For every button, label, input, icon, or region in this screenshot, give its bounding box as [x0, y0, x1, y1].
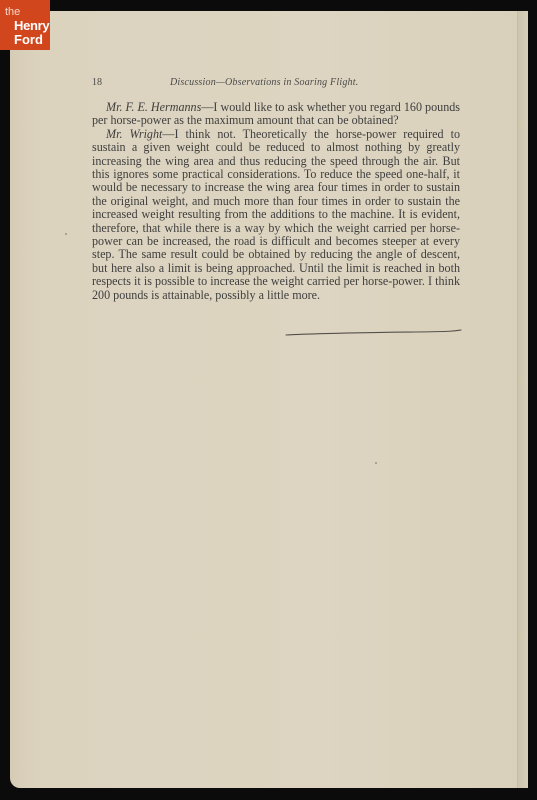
- paragraph-text: —I think not. Theoretically the horse-po…: [92, 127, 460, 288]
- speaker-name: Mr. Wright: [106, 127, 162, 141]
- running-head-title: Discussion—Observations in Soaring Fligh…: [170, 77, 358, 88]
- henry-ford-logo: the Henry Ford: [0, 0, 50, 50]
- page-number: 18: [92, 77, 102, 88]
- paper-speck: [375, 462, 377, 464]
- body-text: Mr. F. E. Hermanns—I would like to ask w…: [92, 101, 460, 302]
- page-edge: [517, 11, 528, 788]
- paragraph-wright: Mr. Wright—I think not. Theoretically th…: [92, 128, 460, 302]
- logo-ford: Ford: [14, 32, 43, 47]
- paper-speck: [65, 233, 67, 235]
- logo-the: the: [5, 6, 20, 18]
- speaker-name: Mr. F. E. Hermanns: [106, 100, 201, 114]
- handwritten-underline: [285, 329, 463, 337]
- paragraph-tail: possibly a little more.: [212, 288, 320, 302]
- logo-henry: Henry: [14, 18, 49, 33]
- running-head: 18 Discussion—Observations in Soaring Fl…: [92, 77, 460, 91]
- paragraph-hermanns: Mr. F. E. Hermanns—I would like to ask w…: [92, 101, 460, 128]
